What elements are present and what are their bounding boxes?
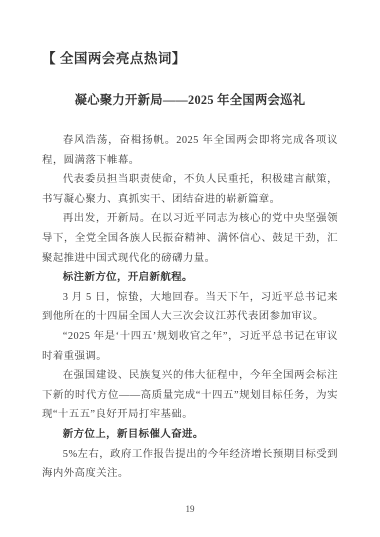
body-paragraph: 再出发，开新局。在以习近平同志为核心的党中央坚强领导下，全党全国各族人民振奋精神… (42, 209, 338, 268)
section-header: 【 全国两会亮点热词】 (0, 0, 380, 68)
subheading-paragraph: 新方位上，新目标催人奋进。 (42, 425, 338, 445)
body-paragraph: 3 月 5 日，惊蛰，大地回春。当天下午，习近平总书记来到他所在的十四届全国人大… (42, 288, 338, 327)
document-page: 【 全国两会亮点热词】 凝心聚力开新局——2025 年全国两会巡礼 春风浩荡，奋… (0, 0, 380, 537)
subheading-paragraph: 标注新方位，开启新航程。 (42, 268, 338, 288)
paragraph-list: 春风浩荡，奋楫扬帆。2025 年全国两会即将完成各项议程，圆满落下帷幕。代表委员… (0, 108, 380, 484)
page-title: 凝心聚力开新局——2025 年全国两会巡礼 (0, 68, 380, 108)
body-paragraph: 5%左右，政府工作报告提出的今年经济增长预期目标受到海内外高度关注。 (42, 445, 338, 484)
page-number: 19 (0, 504, 380, 514)
body-paragraph: “2025 年是‘十四五’规划收官之年”，习近平总书记在审议时着重强调。 (42, 327, 338, 366)
body-paragraph: 在强国建设、民族复兴的伟大征程中，今年全国两会标注下新的时代方位——高质量完成“… (42, 366, 338, 425)
body-paragraph: 代表委员担当职责使命，不负人民重托，积极建言献策，书写凝心聚力、真抓实干、团结奋… (42, 170, 338, 209)
body-paragraph: 春风浩荡，奋楫扬帆。2025 年全国两会即将完成各项议程，圆满落下帷幕。 (42, 131, 338, 170)
